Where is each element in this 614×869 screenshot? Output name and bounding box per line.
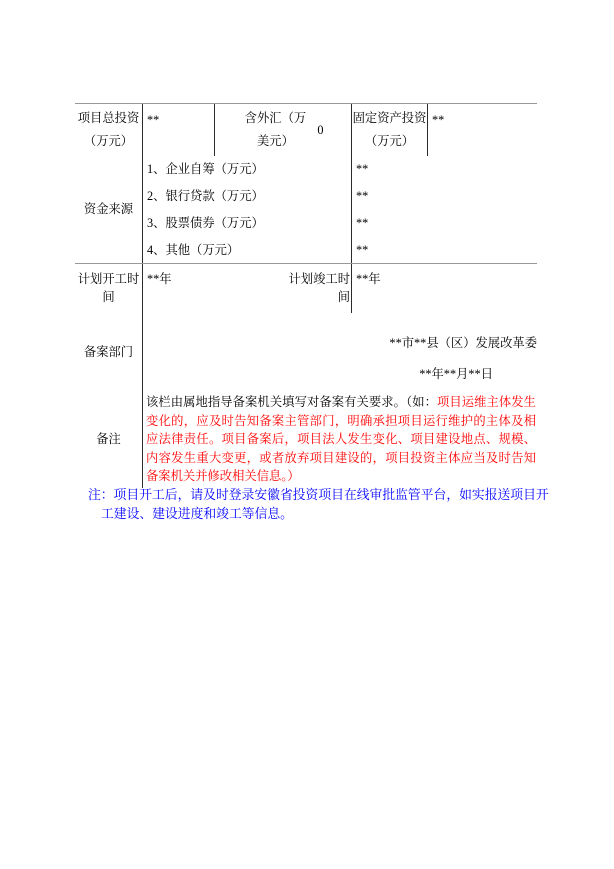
remarks-row: 备注 该栏由属地指导备案机关填写对备案有关要求。（如：项目运维主体发生变化的，应… [75,391,537,488]
funding-item-label: 1、企业自筹（万元） [143,156,351,183]
footnote-note: 注：项目开工后，请及时登录安徽省投资项目在线审批监管平台，如实报送项目开工建设、… [75,486,561,523]
planned-end-label: 计划竣工时间 [280,271,350,306]
fixed-assets-value: ** [428,104,537,156]
fixed-assets-label: 固定资产投资（万元） [352,104,428,156]
funding-item-labels: 1、企业自筹（万元） 2、银行贷款（万元） 3、股票债券（万元） 4、其他（万元… [143,156,352,263]
funding-item-label: 4、其他（万元） [143,237,351,264]
remarks-label: 备注 [75,391,143,488]
total-investment-row: 项目总投资（万元） ** 含外汇（万美元） 0 固定资产投资（万元） ** [75,104,537,156]
funding-item-label: 3、股票债券（万元） [143,210,351,237]
remarks-text-black: 该栏由属地指导备案机关填写对备案有关要求。（如： [146,395,437,409]
funding-item-value: ** [352,156,537,183]
schedule-middle-cell: **年 计划竣工时间 [143,264,352,313]
funding-item-value: ** [352,183,537,210]
funding-item-value: ** [352,237,537,264]
filing-authority-label: 备案部门 [75,313,143,391]
filing-authority-name: **市**县（区）发展改革委 [143,328,537,359]
funding-item-value: ** [352,210,537,237]
funding-sources-block: 资金来源 1、企业自筹（万元） 2、银行贷款（万元） 3、股票债券（万元） 4、… [75,156,537,264]
forex-label: 含外汇（万美元） [242,107,308,153]
total-investment-label: 项目总投资（万元） [75,104,143,156]
remarks-cell: 该栏由属地指导备案机关填写对备案有关要求。（如：项目运维主体发生变化的，应及时告… [143,391,537,488]
filing-authority-row: 备案部门 **市**县（区）发展改革委 **年**月**日 [75,313,537,391]
funding-sources-label: 资金来源 [75,156,143,263]
forex-value: 0 [317,119,323,142]
planned-start-label: 计划开工时间 [75,264,143,313]
filing-authority-cell: **市**县（区）发展改革委 **年**月**日 [143,313,537,391]
funding-item-label: 2、银行贷款（万元） [143,183,351,210]
filing-date: **年**月**日 [143,359,537,390]
forex-cell: 含外汇（万美元） 0 [215,104,352,156]
schedule-row: 计划开工时间 **年 计划竣工时间 **年 [75,264,537,313]
planned-end-value: **年 [352,264,537,313]
total-investment-value: ** [143,104,215,156]
funding-item-values: ** ** ** ** [352,156,537,263]
planned-start-value: **年 [147,271,172,289]
document-page: { "colors": { "text": "#000000", "red_te… [0,0,614,869]
filing-form-table: 项目总投资（万元） ** 含外汇（万美元） 0 固定资产投资（万元） ** 资金… [75,103,537,488]
